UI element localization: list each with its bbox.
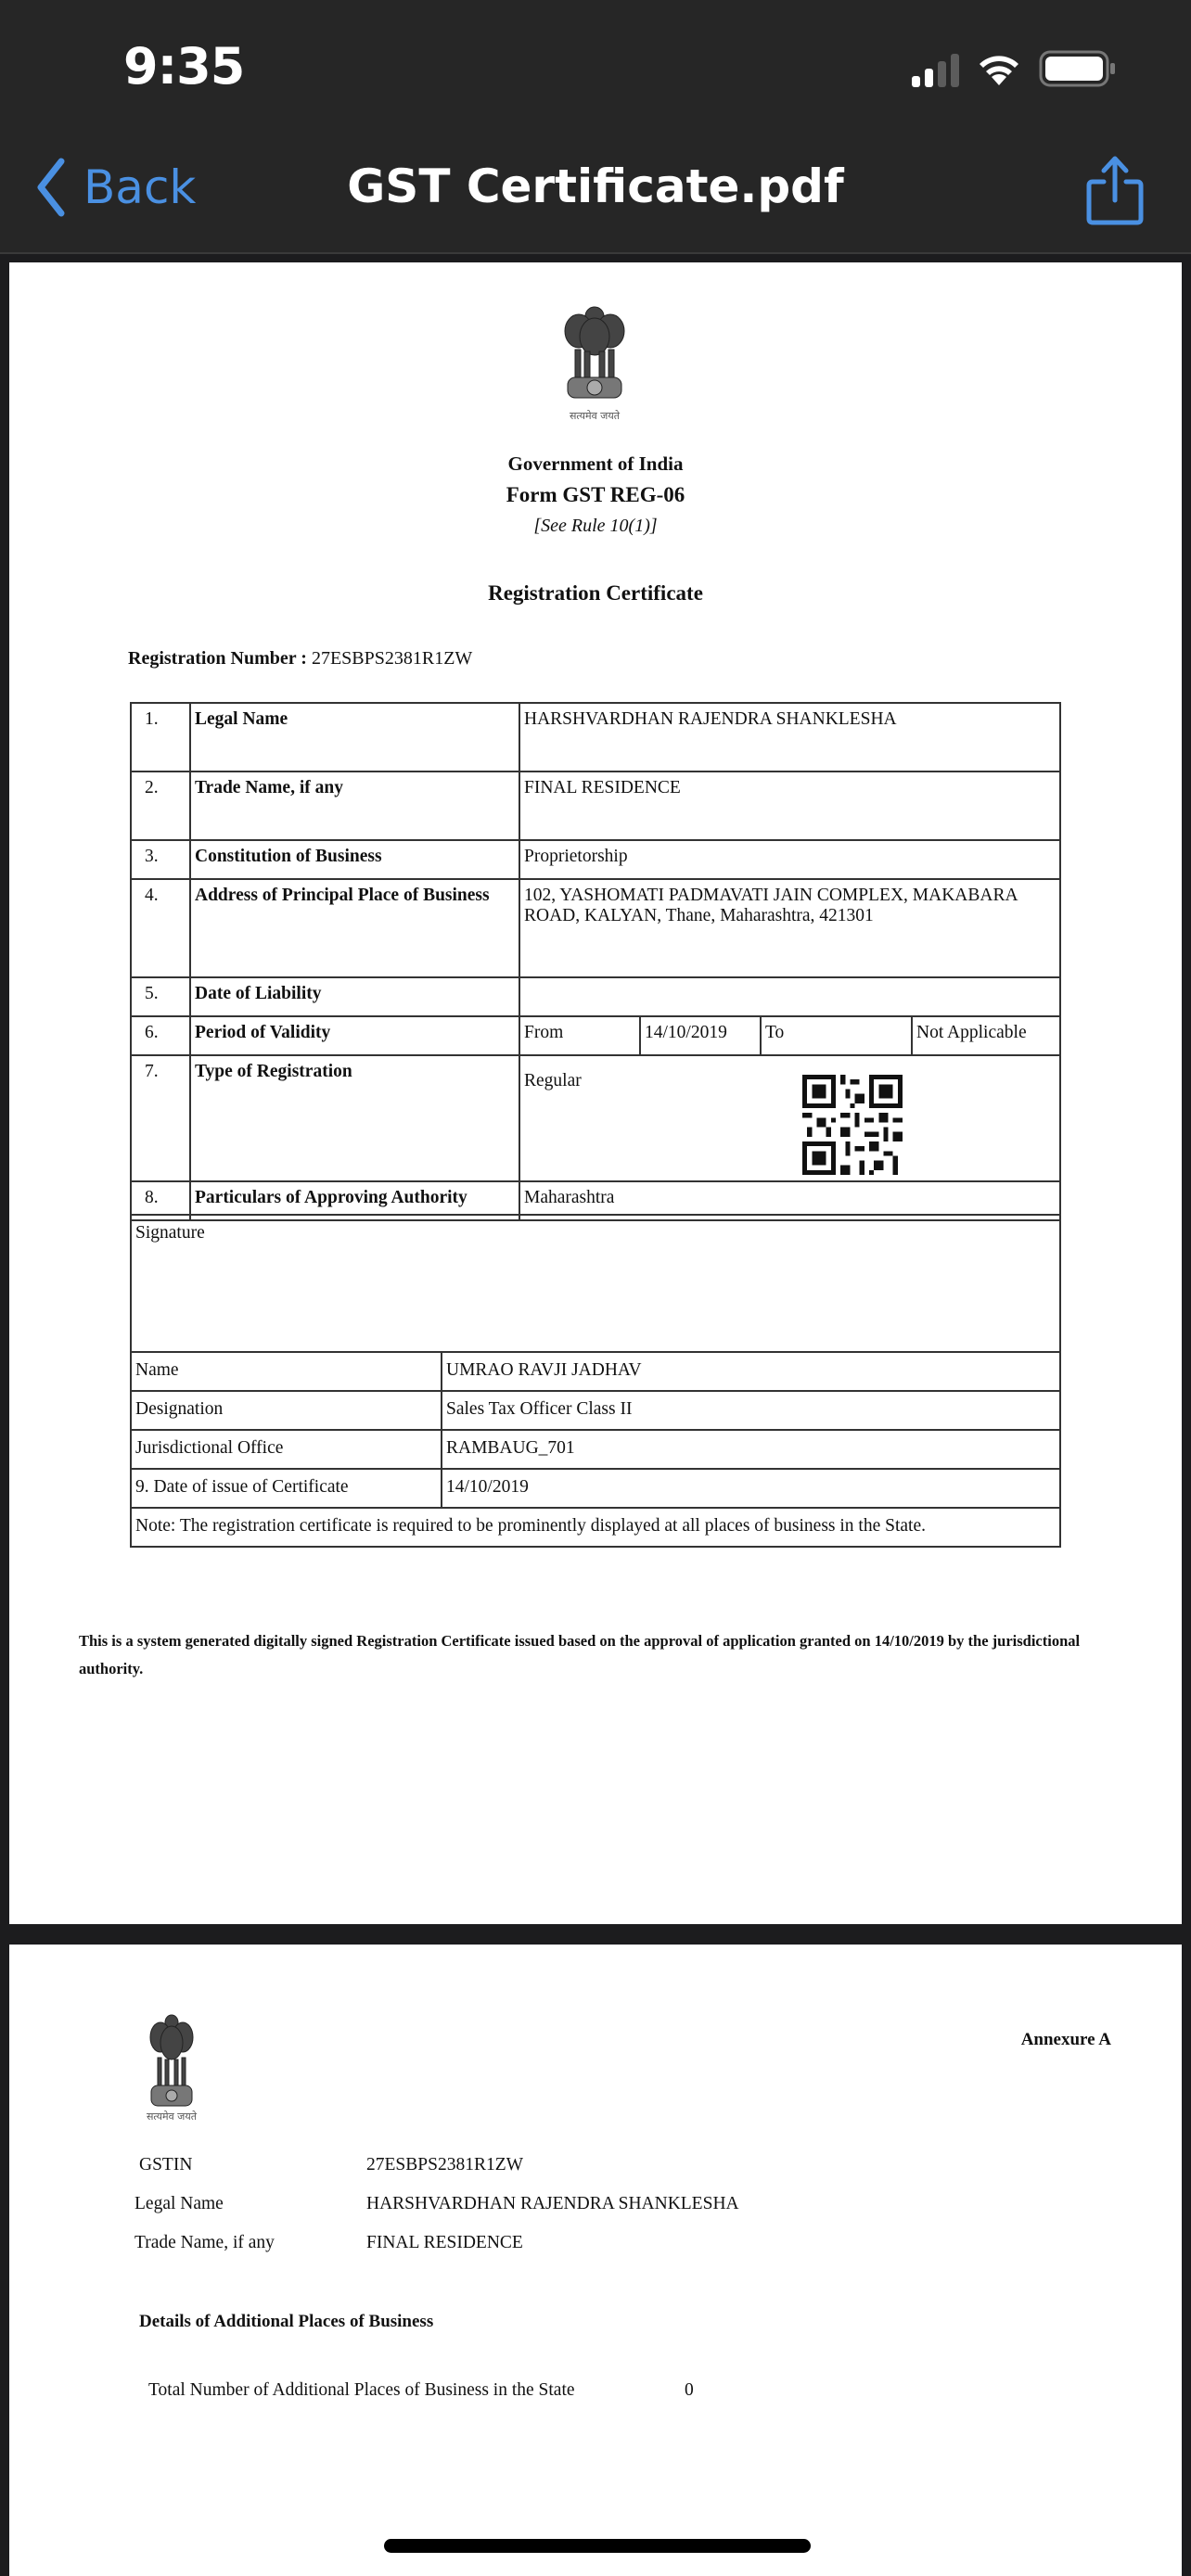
table-row: 2. Trade Name, if any FINAL RESIDENCE — [131, 772, 1060, 840]
national-emblem: सत्यमेव जयते — [141, 2009, 202, 2123]
share-button[interactable] — [1085, 154, 1145, 231]
pdf-page-2: सत्यमेव जयते Annexure A GSTIN 27ESBPS238… — [9, 1945, 1182, 2576]
document-title: GST Certificate.pdf — [0, 159, 1191, 213]
status-time: 9:35 — [123, 37, 244, 96]
validity-from: 14/10/2019 — [640, 1016, 761, 1055]
jurisdictional-office: RAMBAUG_701 — [442, 1430, 1060, 1469]
issue-date: 14/10/2019 — [442, 1469, 1060, 1508]
signature-row: Signature — [131, 1215, 1060, 1352]
note-row: Note: The registration certificate is re… — [131, 1508, 1060, 1547]
status-icons — [912, 48, 1117, 87]
signature-label: Signature — [131, 1215, 1060, 1352]
table-row: Designation Sales Tax Officer Class II — [131, 1391, 1060, 1430]
rule-reference: [See Rule 10(1)] — [9, 516, 1182, 537]
national-emblem: सत्यमेव जयते — [553, 298, 636, 423]
additional-places-count: 0 — [685, 2380, 694, 2401]
top-bar: 9:35 Back GST Certificate.pdf — [0, 0, 1191, 254]
address-value: 102, YASHOMATI PADMAVATI JAIN COMPLEX, M… — [519, 879, 1060, 977]
table-row: 5. Date of Liability — [131, 977, 1060, 1016]
emblem-icon — [553, 298, 636, 409]
annexure-label: Annexure A — [1021, 2030, 1111, 2050]
signature-table: Signature Name UMRAO RAVJI JADHAV Design… — [130, 1214, 1061, 1548]
emblem-icon — [141, 2009, 202, 2110]
table-row: 3. Constitution of Business Proprietorsh… — [131, 840, 1060, 879]
cellular-signal-icon — [912, 52, 959, 87]
legal-name-value: HARSHVARDHAN RAJENDRA SHANKLESHA — [366, 2194, 739, 2214]
officer-designation: Sales Tax Officer Class II — [442, 1391, 1060, 1430]
registration-type-value: Regular — [524, 1071, 1056, 1091]
form-heading: Form GST REG-06 — [9, 483, 1182, 507]
qr-code-icon — [802, 1075, 903, 1175]
registration-number-label: Registration Number : — [128, 648, 307, 669]
date-of-liability-value — [519, 977, 1060, 1016]
table-row: 1. Legal Name HARSHVARDHAN RAJENDRA SHAN… — [131, 703, 1060, 772]
battery-icon — [1039, 50, 1117, 87]
table-row: Jurisdictional Office RAMBAUG_701 — [131, 1430, 1060, 1469]
certificate-table: 1. Legal Name HARSHVARDHAN RAJENDRA SHAN… — [130, 702, 1061, 1221]
gstin-value: 27ESBPS2381R1ZW — [366, 2155, 523, 2175]
emblem-motto: सत्यमेव जयते — [141, 2110, 202, 2123]
table-row: 9. Date of issue of Certificate 14/10/20… — [131, 1469, 1060, 1508]
table-row: 4. Address of Principal Place of Busines… — [131, 879, 1060, 977]
digital-signature-note: This is a system generated digitally sig… — [79, 1627, 1127, 1683]
registration-number: Registration Number : 27ESBPS2381R1ZW — [128, 648, 472, 670]
certificate-title: Registration Certificate — [9, 581, 1182, 606]
table-row: 6. Period of Validity From 14/10/2019 To… — [131, 1016, 1060, 1055]
registration-number-value: 27ESBPS2381R1ZW — [312, 648, 472, 669]
emblem-motto: सत्यमेव जयते — [553, 409, 636, 423]
constitution-value: Proprietorship — [519, 840, 1060, 879]
share-icon — [1085, 154, 1145, 226]
trade-name-value: FINAL RESIDENCE — [366, 2233, 523, 2253]
pdf-page-1: सत्यमेव जयते Government of India Form GS… — [9, 262, 1182, 1924]
home-indicator[interactable] — [384, 2539, 811, 2553]
table-row: Name UMRAO RAVJI JADHAV — [131, 1352, 1060, 1391]
table-row: 7. Type of Registration Regular — [131, 1055, 1060, 1181]
government-heading: Government of India — [9, 453, 1182, 476]
legal-name-value: HARSHVARDHAN RAJENDRA SHANKLESHA — [519, 703, 1060, 772]
wifi-icon — [976, 50, 1022, 87]
additional-places-label: Total Number of Additional Places of Bus… — [148, 2380, 575, 2401]
validity-to: Not Applicable — [912, 1016, 1060, 1055]
additional-places-heading: Details of Additional Places of Business — [139, 2312, 433, 2332]
display-note: Note: The registration certificate is re… — [131, 1508, 1060, 1547]
officer-name: UMRAO RAVJI JADHAV — [442, 1352, 1060, 1391]
trade-name-value: FINAL RESIDENCE — [519, 772, 1060, 840]
